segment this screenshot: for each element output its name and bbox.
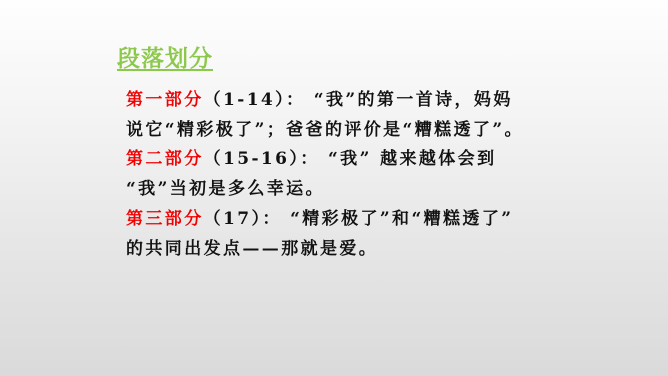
section-1-text-2: 说它“精彩极了”；爸爸的评价是“糟糕透了”。 bbox=[126, 120, 524, 140]
section-2-text-1: “我” 越来越体会到 bbox=[320, 149, 497, 169]
section-3-line-2: 的共同出发点——那就是爱。 bbox=[126, 235, 606, 265]
section-3-line-1: 第三部分（17）： “精彩极了”和“糟糕透了” bbox=[126, 205, 606, 235]
section-3-label: 第三部分 bbox=[126, 209, 204, 229]
section-3-text-2: 的共同出发点——那就是爱。 bbox=[126, 239, 378, 259]
section-1-line-1: 第一部分（1-14）： “我”的第一首诗，妈妈 bbox=[126, 86, 606, 116]
section-1-label: 第一部分 bbox=[126, 90, 204, 110]
section-2-line-2: “我”当初是多么幸运。 bbox=[126, 175, 606, 205]
section-1-line-2: 说它“精彩极了”；爸爸的评价是“糟糕透了”。 bbox=[126, 116, 606, 146]
section-2-range: （15-16）： bbox=[204, 149, 320, 169]
section-2-line-1: 第二部分（15-16）： “我” 越来越体会到 bbox=[126, 145, 606, 175]
slide-title: 段落划分 bbox=[117, 40, 213, 73]
section-1-text-1: “我”的第一首诗，妈妈 bbox=[305, 90, 512, 110]
section-3-range: （17）： bbox=[204, 209, 282, 229]
section-2-text-2: “我”当初是多么幸运。 bbox=[126, 179, 325, 199]
section-3-text-1: “精彩极了”和“糟糕透了” bbox=[282, 209, 514, 229]
section-list: 第一部分（1-14）： “我”的第一首诗，妈妈 说它“精彩极了”；爸爸的评价是“… bbox=[126, 86, 606, 264]
section-1-range: （1-14）： bbox=[204, 90, 306, 110]
section-2-label: 第二部分 bbox=[126, 149, 204, 169]
